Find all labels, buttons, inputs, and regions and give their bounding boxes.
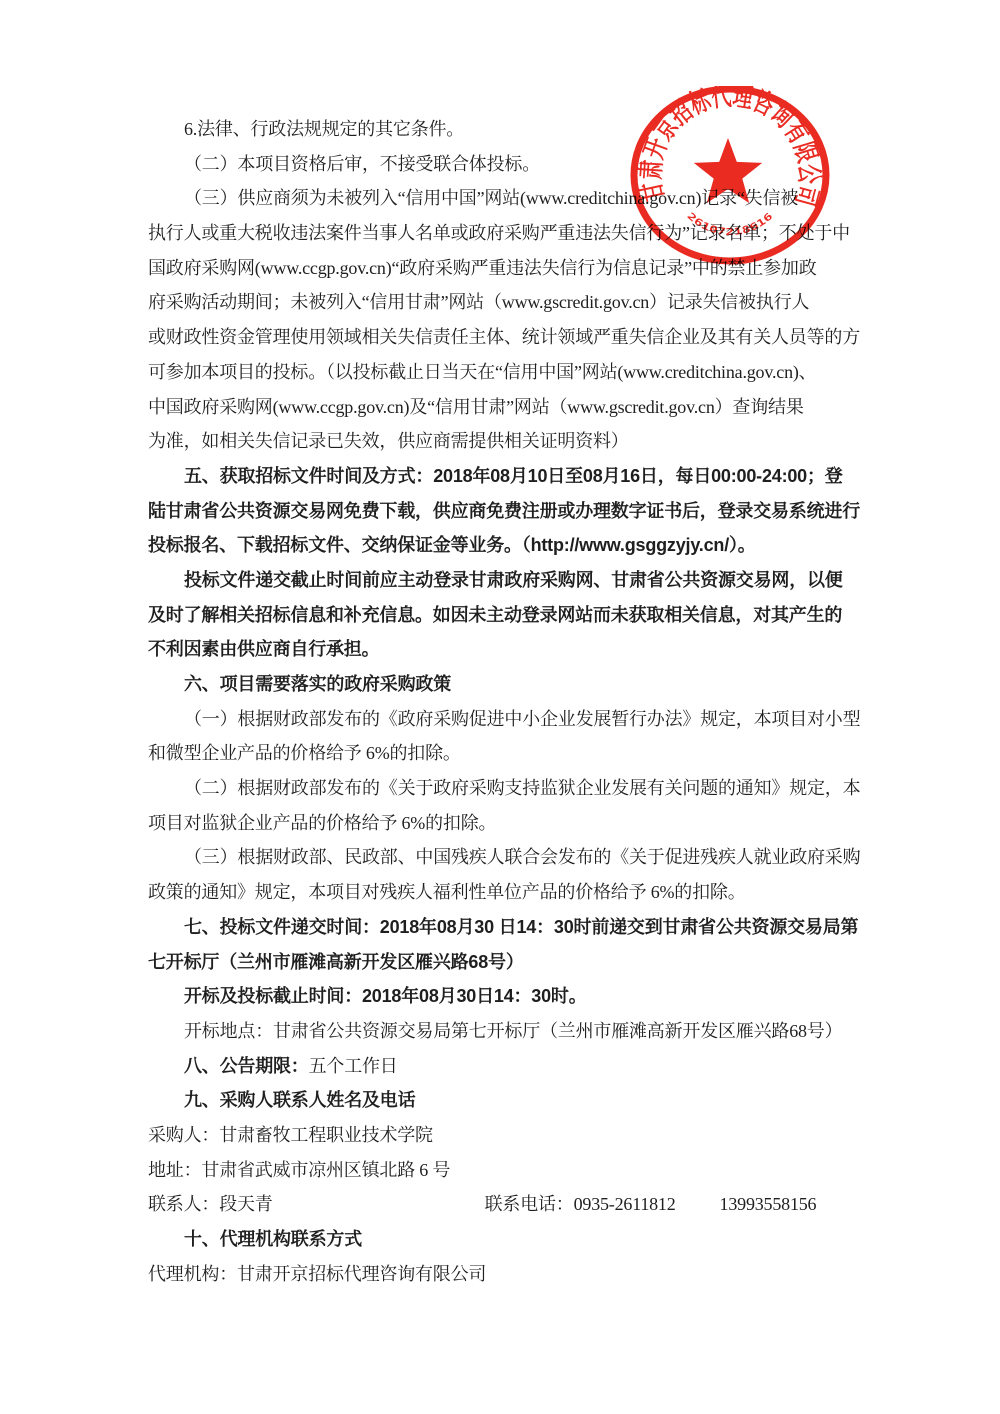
text-line: 八、公告期限：五个工作日 (148, 1049, 862, 1084)
text-segment: 开标地点：甘肃省公共资源交易局第七开标厅（兰州市雁滩高新开发区雁兴路68号） (184, 1021, 842, 1041)
text-segment: 项目对监狱企业产品的价格给予 6%的扣除。 (148, 813, 496, 833)
text-line: （二）本项目资格后审，不接受联合体投标。 (148, 147, 862, 182)
text-line: 及时了解相关招标信息和补充信息。如因未主动登录网站而未获取相关信息，对其产生的 (148, 598, 862, 633)
text-segment: 地址：甘肃省武威市凉州区镇北路 6 号 (148, 1160, 450, 1180)
text-segment: 六、项目需要落实的政府采购政策 (184, 674, 451, 694)
text-segment: 投标文件递交截止时间前应主动登录甘肃政府采购网、甘肃省公共资源交易网，以便 (184, 570, 843, 590)
text-segment: 开标及投标截止时间：2018年08月30日14：30时。 (184, 986, 587, 1006)
text-segment: 采购人：甘肃畜牧工程职业技术学院 (148, 1125, 433, 1145)
text-segment: （二）本项目资格后审，不接受联合体投标。 (184, 154, 540, 174)
text-segment: 13993558156 (720, 1194, 817, 1214)
text-segment: 可参加本项目的投标。（以投标截止日当天在“信用中国”网站(www.creditc… (148, 362, 816, 382)
document-body: 6.法律、行政法规规定的其它条件。（二）本项目资格后审，不接受联合体投标。（三）… (148, 112, 862, 1291)
text-line: 陆甘肃省公共资源交易网免费下载，供应商免费注册或办理数字证书后，登录交易系统进行 (148, 494, 862, 529)
text-segment: 为准，如相关失信记录已失效，供应商需提供相关证明资料） (148, 431, 629, 451)
text-segment: （二）根据财政部发布的《关于政府采购支持监狱企业发展有关问题的通知》规定，本 (184, 778, 860, 798)
text-line: 投标文件递交截止时间前应主动登录甘肃政府采购网、甘肃省公共资源交易网，以便 (148, 563, 862, 598)
text-segment: 及时了解相关招标信息和补充信息。如因未主动登录网站而未获取相关信息，对其产生的 (148, 605, 842, 625)
text-line: 项目对监狱企业产品的价格给予 6%的扣除。 (148, 806, 862, 841)
text-line: 为准，如相关失信记录已失效，供应商需提供相关证明资料） (148, 424, 862, 459)
text-segment: 6.法律、行政法规规定的其它条件。 (184, 119, 464, 139)
document-page: 6.法律、行政法规规定的其它条件。（二）本项目资格后审，不接受联合体投标。（三）… (0, 0, 1000, 1414)
text-line: 6.法律、行政法规规定的其它条件。 (148, 112, 862, 147)
text-segment: 七、投标文件递交时间：2018年08月30 日14：30时前递交到甘肃省公共资源… (184, 917, 858, 937)
text-line: （三）根据财政部、民政部、中国残疾人联合会发布的《关于促进残疾人就业政府采购 (148, 840, 862, 875)
text-segment: 八、公告期限： (184, 1056, 309, 1076)
text-line: 地址：甘肃省武威市凉州区镇北路 6 号 (148, 1153, 862, 1188)
text-line: 五、获取招标文件时间及方式：2018年08月10日至08月16日，每日00:00… (148, 459, 862, 494)
text-line: 可参加本项目的投标。（以投标截止日当天在“信用中国”网站(www.creditc… (148, 355, 862, 390)
text-segment: 政策的通知》规定，本项目对残疾人福利性单位产品的价格给予 6%的扣除。 (148, 882, 746, 902)
text-segment: 十、代理机构联系方式 (184, 1229, 362, 1249)
text-line: （二）根据财政部发布的《关于政府采购支持监狱企业发展有关问题的通知》规定，本 (148, 771, 862, 806)
text-line: 或财政性资金管理使用领域相关失信责任主体、统计领域严重失信企业及其有关人员等的方 (148, 320, 862, 355)
text-line: 开标及投标截止时间：2018年08月30日14：30时。 (148, 979, 862, 1014)
text-line: 九、采购人联系人姓名及电话 (148, 1083, 862, 1118)
text-line: 七、投标文件递交时间：2018年08月30 日14：30时前递交到甘肃省公共资源… (148, 910, 862, 945)
text-segment: （一）根据财政部发布的《政府采购促进中小企业发展暂行办法》规定，本项目对小型 (184, 709, 860, 729)
text-line: 投标报名、下载招标文件、交纳保证金等业务。（http://www.gsggzyj… (148, 528, 862, 563)
text-line: 七开标厅（兰州市雁滩高新开发区雁兴路68号） (148, 945, 862, 980)
text-segment: 中国政府采购网(www.ccgp.gov.cn)及“信用甘肃”网站（www.gs… (148, 397, 804, 417)
text-segment: 不利因素由供应商自行承担。 (148, 639, 379, 659)
text-segment: 和微型企业产品的价格给予 6%的扣除。 (148, 743, 461, 763)
text-line: 国政府采购网(www.ccgp.gov.cn)“政府采购严重违法失信行为信息记录… (148, 251, 862, 286)
text-line: 六、项目需要落实的政府采购政策 (148, 667, 862, 702)
text-segment: （三）根据财政部、民政部、中国残疾人联合会发布的《关于促进残疾人就业政府采购 (184, 847, 860, 867)
text-segment: 或财政性资金管理使用领域相关失信责任主体、统计领域严重失信企业及其有关人员等的方 (148, 327, 860, 347)
text-segment: 陆甘肃省公共资源交易网免费下载，供应商免费注册或办理数字证书后，登录交易系统进行 (148, 501, 860, 521)
text-line: 执行人或重大税收违法案件当事人名单或政府采购严重违法失信行为”记录名单；不处于中 (148, 216, 862, 251)
text-line: 代理机构：甘肃开京招标代理咨询有限公司 (148, 1257, 862, 1292)
text-line: 中国政府采购网(www.ccgp.gov.cn)及“信用甘肃”网站（www.gs… (148, 390, 862, 425)
text-line: 十、代理机构联系方式 (148, 1222, 862, 1257)
text-line: （三）供应商须为未被列入“信用中国”网站(www.creditchina.gov… (148, 181, 862, 216)
text-segment: 执行人或重大税收违法案件当事人名单或政府采购严重违法失信行为”记录名单；不处于中 (148, 223, 850, 243)
text-segment: 投标报名、下载招标文件、交纳保证金等业务。（http://www.gsggzyj… (148, 535, 756, 555)
text-segment: 九、采购人联系人姓名及电话 (184, 1090, 415, 1110)
text-line: 政策的通知》规定，本项目对残疾人福利性单位产品的价格给予 6%的扣除。 (148, 875, 862, 910)
text-line: 和微型企业产品的价格给予 6%的扣除。 (148, 736, 862, 771)
text-line: 采购人：甘肃畜牧工程职业技术学院 (148, 1118, 862, 1153)
text-line: 府采购活动期间；未被列入“信用甘肃”网站（www.gscredit.gov.cn… (148, 285, 862, 320)
text-segment: 联系电话：0935-2611812 (485, 1194, 676, 1214)
text-segment: 联系人：段天青 (148, 1194, 273, 1214)
text-segment: 代理机构：甘肃开京招标代理咨询有限公司 (148, 1264, 486, 1284)
text-line: 不利因素由供应商自行承担。 (148, 632, 862, 667)
text-segment: 七开标厅（兰州市雁滩高新开发区雁兴路68号） (148, 952, 524, 972)
text-segment: 府采购活动期间；未被列入“信用甘肃”网站（www.gscredit.gov.cn… (148, 292, 809, 312)
text-segment: （三）供应商须为未被列入“信用中国”网站(www.creditchina.gov… (184, 188, 798, 208)
text-line: 联系人：段天青联系电话：0935-261181213993558156 (148, 1187, 862, 1222)
text-segment: 五、获取招标文件时间及方式：2018年08月10日至08月16日，每日00:00… (184, 466, 843, 486)
text-segment: 五个工作日 (309, 1056, 398, 1076)
text-segment: 国政府采购网(www.ccgp.gov.cn)“政府采购严重违法失信行为信息记录… (148, 258, 817, 278)
text-line: 开标地点：甘肃省公共资源交易局第七开标厅（兰州市雁滩高新开发区雁兴路68号） (148, 1014, 862, 1049)
text-line: （一）根据财政部发布的《政府采购促进中小企业发展暂行办法》规定，本项目对小型 (148, 702, 862, 737)
